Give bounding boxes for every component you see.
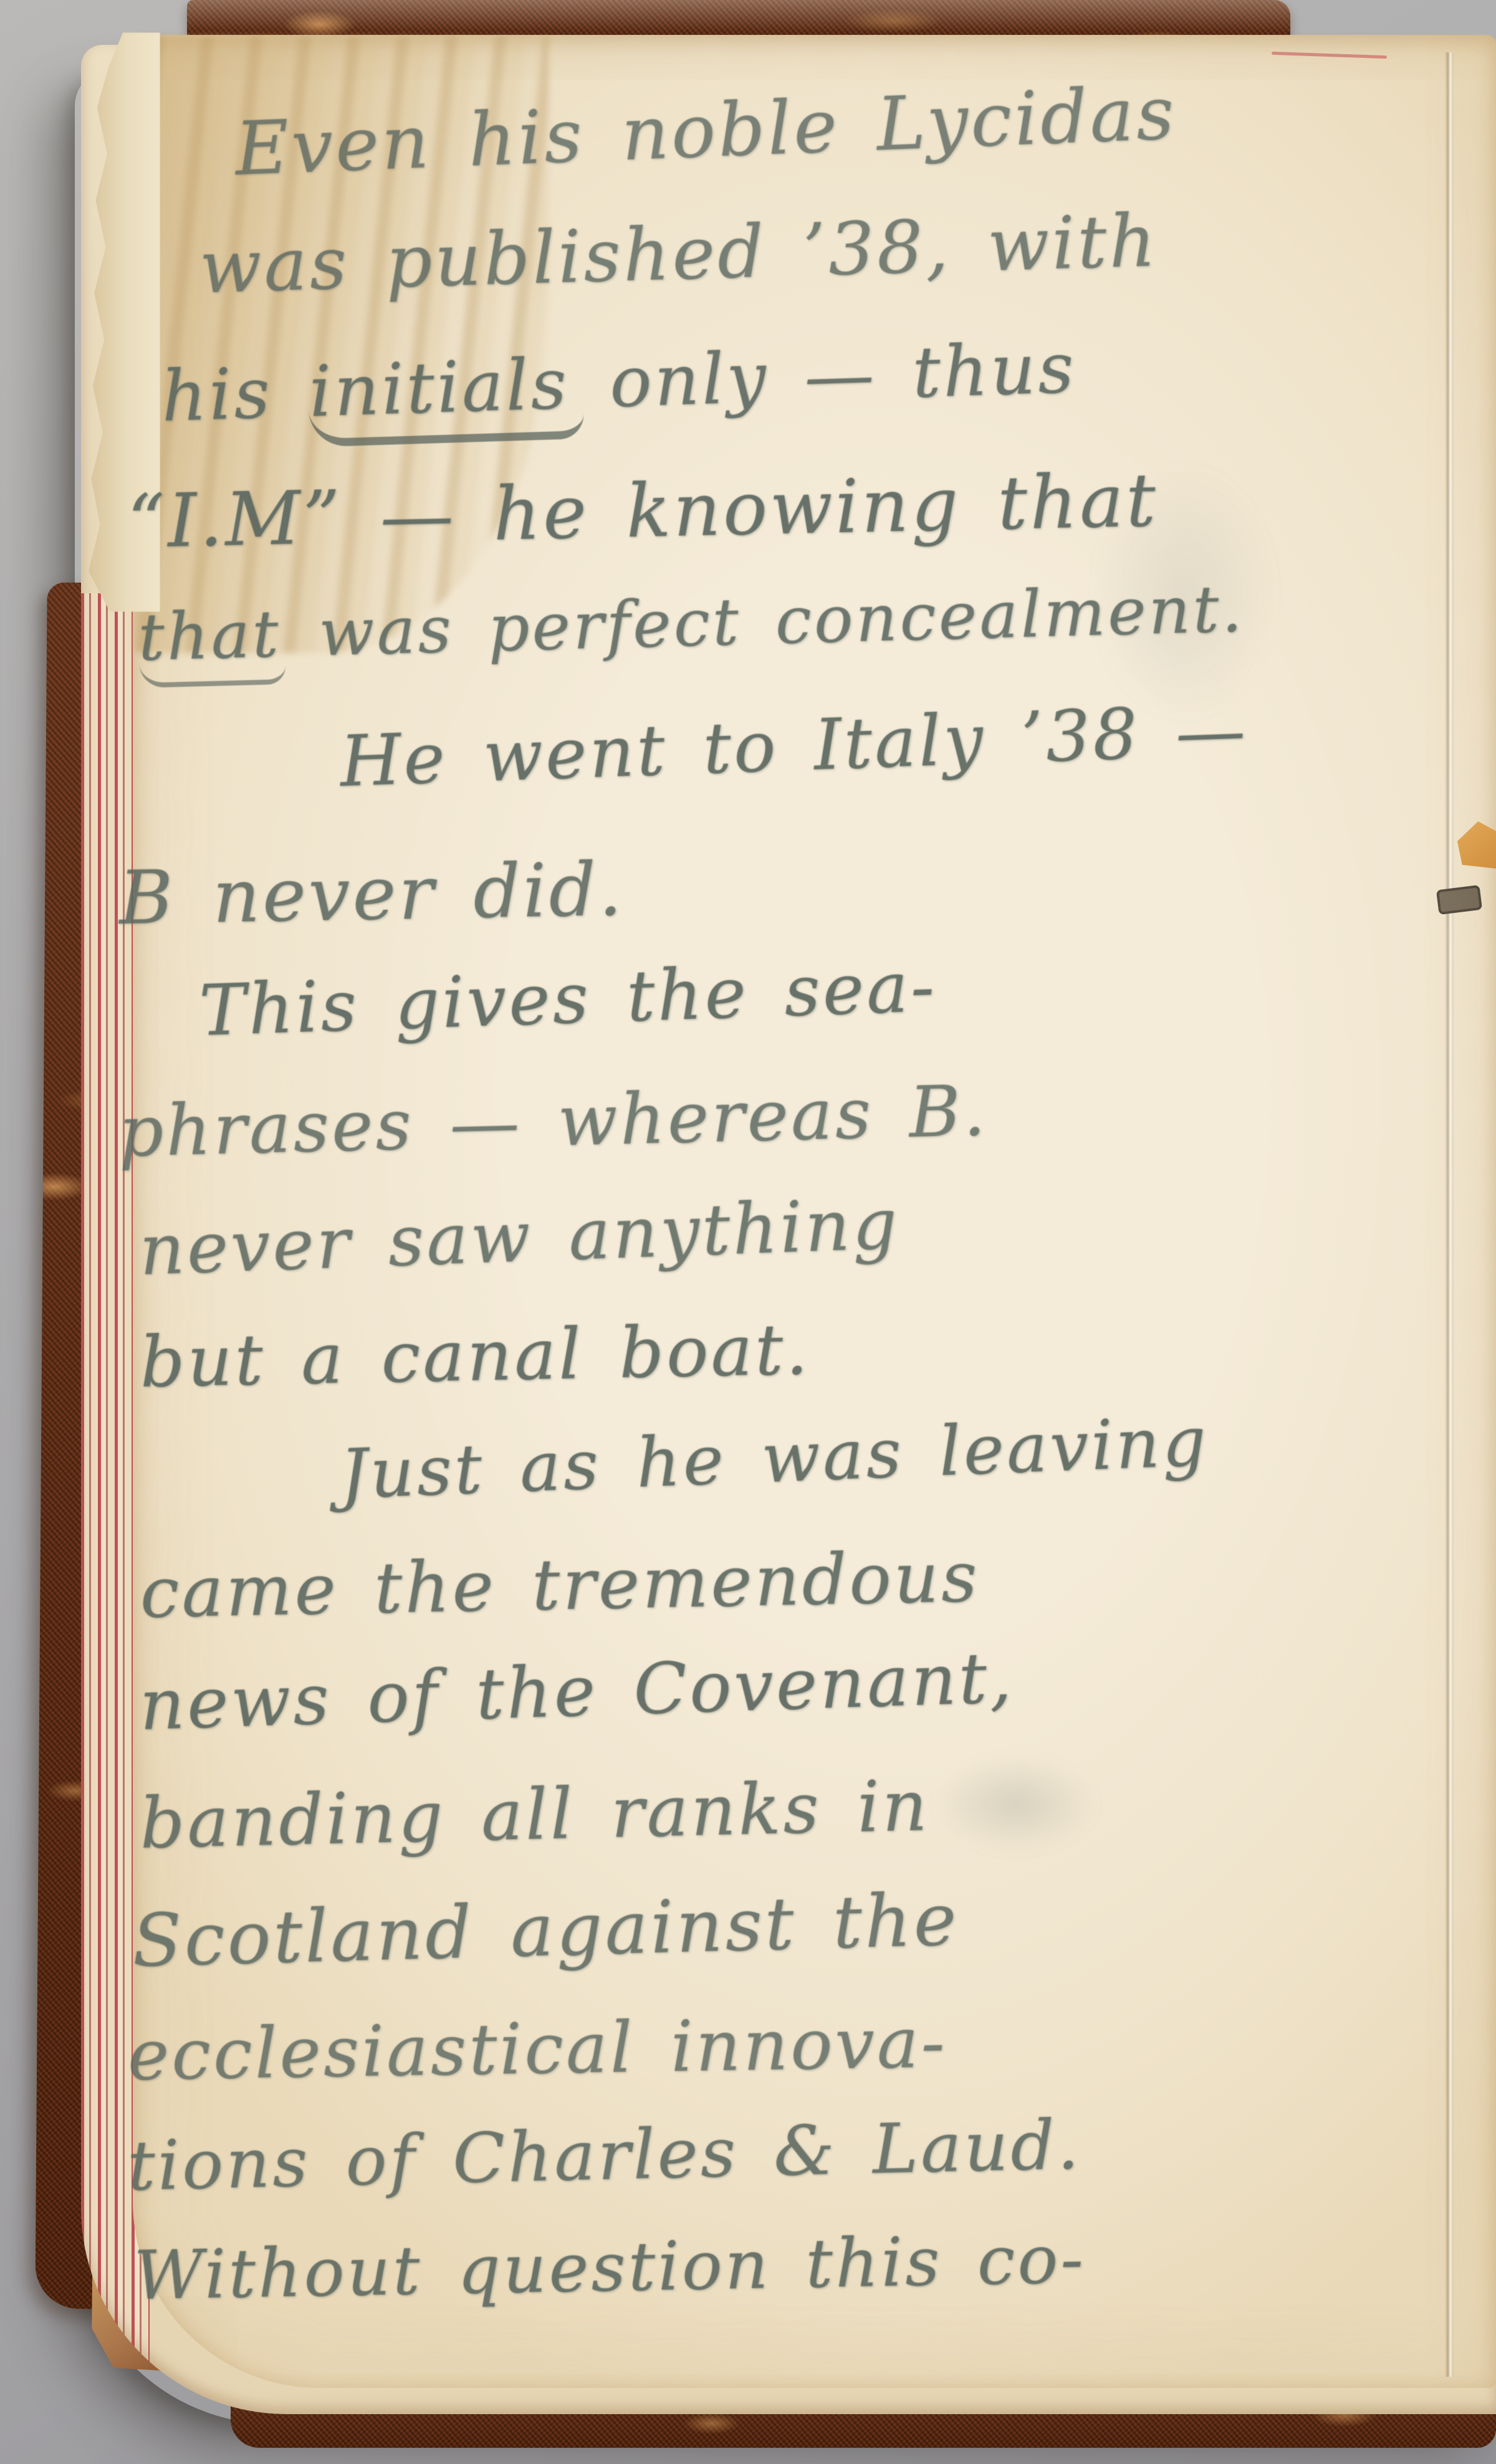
line-text: his <box>160 352 309 437</box>
handwritten-line-19: Without question this co- <box>133 2220 1086 2315</box>
handwritten-line-4: “I.M” — he knowing that <box>127 457 1159 565</box>
handwritten-line-15: banding all ranks in <box>139 1765 931 1865</box>
handwritten-line-1: Even his noble Lycidas <box>234 70 1178 192</box>
handwritten-line-17: ecclesiastical innova- <box>127 2002 947 2096</box>
handwritten-line-7: B never did. <box>118 846 625 941</box>
handwritten-line-12: Just as he was leaving <box>338 1402 1210 1514</box>
handwriting-layer: Even his noble Lycidas was published ’38… <box>0 0 1496 2464</box>
handwritten-line-9: phrases — whereas B. <box>118 1071 989 1173</box>
underlined-word-that: that <box>137 596 285 688</box>
handwritten-line-5: that was perfect concealment. <box>137 571 1245 688</box>
handwritten-line-11: but a canal boat. <box>140 1309 811 1403</box>
handwritten-line-14: news of the Covenant, <box>138 1638 1015 1746</box>
handwritten-line-3: his initials only — thus <box>160 328 1078 452</box>
handwritten-line-10: never saw anything <box>138 1184 901 1291</box>
photo-background: Even his noble Lycidas was published ’38… <box>0 0 1496 2464</box>
underlined-word-initials: initials <box>307 343 584 447</box>
line-text: was perfect concealment. <box>284 571 1245 672</box>
handwritten-line-6: He went to Italy ’38 — <box>338 690 1249 803</box>
handwritten-line-13: came the tremendous <box>140 1537 981 1634</box>
handwritten-line-8: This gives the sea- <box>198 947 938 1052</box>
handwritten-line-16: Scotland against the <box>131 1878 959 1984</box>
gutter-crease <box>1445 52 1454 2377</box>
dark-speck <box>1436 885 1482 915</box>
handwritten-line-18: tions of Charles & Laud. <box>127 2104 1082 2206</box>
handwritten-line-2: was published ’38, with <box>198 199 1159 310</box>
line-text: only — thus <box>573 328 1078 424</box>
